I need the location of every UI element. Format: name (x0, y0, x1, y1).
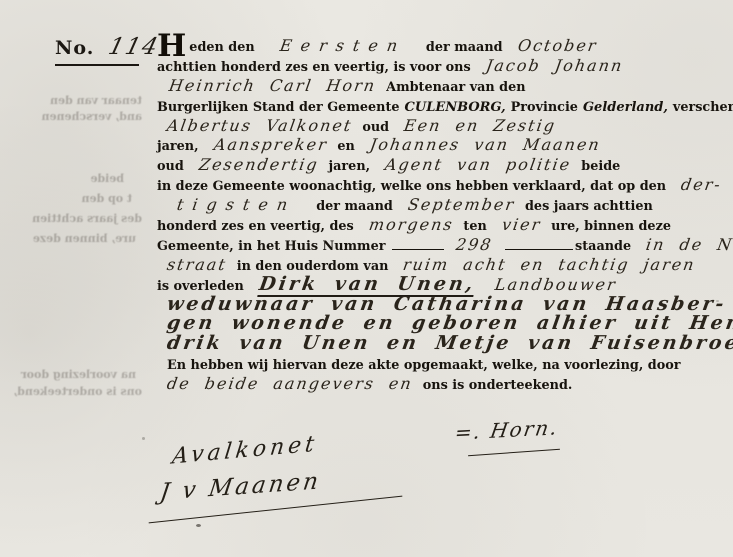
document-line: achttien honderd zes en veertig, is voor… (157, 56, 731, 76)
handwritten-text: Albertus Valkonet (165, 116, 353, 136)
document-line: En hebben wij hiervan deze akte opgemaak… (157, 354, 731, 374)
handwritten-text: der- (680, 175, 724, 195)
handwritten-text: Johannes van Maanen (368, 135, 602, 155)
bleed-through-text: ure, binnen deze (0, 232, 136, 245)
paper-speck (196, 524, 201, 527)
printed-text: En hebben wij hiervan deze akte opgemaak… (167, 358, 681, 373)
handwritten-text: Eersten (278, 36, 407, 56)
printed-text: in deze Gemeente woonachtig, welke ons h… (157, 179, 666, 194)
handwritten-text: straat (165, 255, 228, 275)
printed-text: jaren, (157, 139, 199, 154)
document-line: Heinrich Carl HornAmbtenaar van den (157, 76, 731, 96)
document-line: drik van Unen en Metje van Fuisenbroek. (157, 334, 731, 354)
paper-speck (142, 437, 145, 440)
document-line: jaren,AansprekerenJohannes van Maanen (157, 135, 731, 155)
handwritten-text: September (406, 195, 516, 215)
document-line: Gemeente, in het Huis Nummer298staandein… (157, 235, 731, 255)
printed-text: en (337, 139, 354, 154)
document-line: is overledenDirk van Unen,Landbouwer (157, 275, 731, 295)
handwritten-text: Zesendertig (197, 155, 320, 175)
printed-text: Gelderland, (583, 100, 668, 115)
printed-text: Provincie (511, 100, 578, 115)
blank-fill-rule (505, 237, 573, 250)
printed-text: ten (463, 219, 486, 234)
printed-text: beide (581, 159, 620, 174)
handwritten-text: Landbouwer (493, 275, 618, 295)
printed-text: oud (362, 120, 389, 135)
handwritten-text: Heinrich Carl Horn (167, 76, 377, 96)
document-line: in deze Gemeente woonachtig, welke ons h… (157, 175, 731, 195)
paper-speck (716, 300, 719, 302)
printed-text: jaren, (329, 159, 371, 174)
handwritten-text: Aanspreker (212, 135, 329, 155)
bleed-through-text: na voorlezing door (0, 368, 136, 381)
document-line: tigstender maandSeptemberdes jaars achtt… (157, 195, 731, 215)
printed-text: Burgerlijken Stand der Gemeente (157, 100, 400, 115)
signature-horn-underline (468, 449, 560, 456)
document-line: Burgerlijken Stand der GemeenteCULENBORG… (157, 96, 731, 116)
handwritten-text: tigsten (175, 195, 297, 215)
handwritten-text: morgens (367, 215, 455, 235)
handwritten-text: Een en Zestig (403, 116, 558, 136)
printed-text: ons is onderteekend. (423, 378, 573, 393)
printed-text: Ambtenaar van den (386, 80, 525, 95)
document-line: Heden denEerstender maandOctober (157, 36, 731, 56)
blank-fill-rule (392, 237, 444, 250)
handwritten-text: drik van Unen en Metje van Fuisenbroek. (165, 334, 733, 354)
handwritten-text: Jacob Johann (484, 56, 625, 76)
printed-text: Gemeente, in het Huis Nummer (157, 239, 385, 254)
printed-text: staande (575, 239, 631, 254)
handwritten-text: ruim acht en tachtig jaren (402, 255, 698, 275)
printed-text: eden den (189, 40, 254, 55)
bleed-through-text: and, verschenen (2, 110, 142, 123)
document-line: oudZesendertigjaren,Agent van politiebei… (157, 155, 731, 175)
signature-valkonet: Avalkonet (171, 432, 319, 470)
bleed-through-text: beide (0, 172, 124, 185)
drop-cap: H (157, 37, 186, 56)
handwritten-text: de beide aangevers en (165, 374, 414, 394)
printed-text: is overleden (157, 279, 244, 294)
margin-bleed-through: tenaar van denand, verschenenbeidet op d… (0, 0, 150, 557)
bleed-through-text: tenaar van den (2, 94, 142, 107)
handwritten-text: Agent van politie (384, 155, 573, 175)
signature-horn: =. Horn. (454, 415, 559, 444)
document-body: Heden denEerstender maandOctoberachttien… (157, 36, 731, 394)
printed-text: verschenen (673, 100, 733, 115)
handwritten-text: vier (500, 215, 542, 235)
printed-text: der maand (426, 40, 503, 55)
printed-text: der maand (316, 199, 393, 214)
document-line: honderd zes en veertig, desmorgenstenvie… (157, 215, 731, 235)
handwritten-text: in de Nieuw- (645, 235, 733, 255)
document-line: Albertus ValkonetoudEen en Zestig (157, 116, 731, 136)
printed-text: achttien honderd zes en veertig, is voor… (157, 60, 471, 75)
printed-text: in den ouderdom van (237, 259, 389, 274)
handwritten-text: 298 (455, 235, 495, 255)
bleed-through-text: ons is onderteekend, (2, 385, 142, 398)
document-line: de beide aangevers enons is onderteekend… (157, 374, 731, 394)
handwritten-text: October (516, 36, 599, 56)
printed-text: ure, binnen deze (551, 219, 671, 234)
printed-text: oud (157, 159, 184, 174)
printed-text: des jaars achttien (525, 199, 653, 214)
scanned-death-certificate: { "page": { "kind": "scanned civil regis… (0, 0, 733, 557)
signature-van-maanen: J v Maanen (159, 468, 321, 505)
bleed-through-text: t op den (0, 192, 132, 205)
document-line: straatin den ouderdom vanruim acht en ta… (157, 255, 731, 275)
printed-text: CULENBORG, (405, 100, 506, 115)
printed-text: honderd zes en veertig, des (157, 219, 354, 234)
bleed-through-text: des jaars achttien (2, 212, 142, 225)
